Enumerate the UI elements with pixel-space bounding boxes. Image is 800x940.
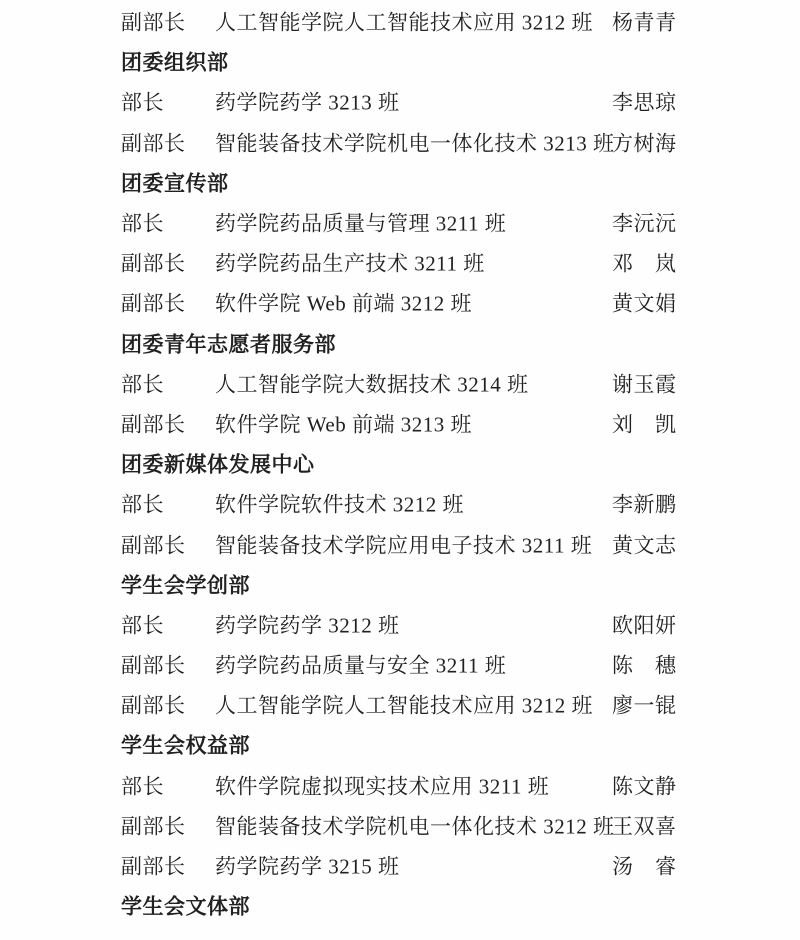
section-title: 团委青年志愿者服务部	[121, 334, 336, 355]
section-header: 学生会权益部	[0, 726, 800, 766]
section-header: 团委青年志愿者服务部	[0, 325, 800, 365]
org-class-cell: 软件学院 Web 前端 3212 班	[215, 294, 472, 315]
roster-row: 副部长 智能装备技术学院机电一体化技术 3213 班 方树海	[0, 124, 800, 164]
roster-row: 部长 人工智能学院大数据技术 3214 班 谢玉霞	[0, 365, 800, 405]
person-name-cell: 方树海	[612, 133, 677, 154]
role-cell: 副部长	[121, 696, 186, 717]
role-cell: 部长	[121, 374, 164, 395]
person-name-cell: 陈文静	[612, 776, 677, 797]
person-name-cell: 李新鹏	[612, 495, 677, 516]
roster-row: 副部长 人工智能学院人工智能技术应用 3212 班 杨青青	[0, 3, 800, 43]
org-class-cell: 智能装备技术学院机电一体化技术 3212 班	[215, 816, 615, 837]
role-cell: 副部长	[121, 254, 186, 275]
role-cell: 部长	[121, 214, 164, 235]
role-cell: 部长	[121, 615, 164, 636]
org-class-cell: 药学院药学 3213 班	[215, 93, 400, 114]
role-cell: 副部长	[121, 13, 186, 34]
org-class-cell: 软件学院 Web 前端 3213 班	[215, 414, 472, 435]
person-name-cell: 李沅沅	[612, 214, 677, 235]
document-page: 副部长 人工智能学院人工智能技术应用 3212 班 杨青青 团委组织部 部长 药…	[0, 0, 800, 940]
roster-row: 部长 软件学院软件技术 3212 班 李新鹏	[0, 485, 800, 525]
org-class-cell: 药学院药学 3212 班	[215, 615, 400, 636]
person-name-cell: 黄文志	[612, 535, 677, 556]
person-name-cell: 陈 穗	[612, 656, 677, 677]
roster-row: 部长 软件学院虚拟现实技术应用 3211 班 陈文静	[0, 767, 800, 807]
person-name-cell: 刘 凯	[612, 414, 677, 435]
org-class-cell: 人工智能学院大数据技术 3214 班	[215, 374, 529, 395]
person-name-cell: 黄文娟	[612, 294, 677, 315]
section-header: 团委组织部	[0, 43, 800, 83]
roster-row: 副部长 软件学院 Web 前端 3213 班 刘 凯	[0, 405, 800, 445]
roster-row: 副部长 软件学院 Web 前端 3212 班 黄文娟	[0, 284, 800, 324]
role-cell: 副部长	[121, 133, 186, 154]
roster-row: 副部长 智能装备技术学院机电一体化技术 3212 班 王双喜	[0, 807, 800, 847]
roster-row: 副部长 智能装备技术学院应用电子技术 3211 班 黄文志	[0, 525, 800, 565]
org-class-cell: 软件学院软件技术 3212 班	[215, 495, 464, 516]
section-header: 学生会学创部	[0, 566, 800, 606]
role-cell: 副部长	[121, 414, 186, 435]
role-cell: 部长	[121, 93, 164, 114]
org-class-cell: 药学院药品质量与安全 3211 班	[215, 656, 506, 677]
org-class-cell: 智能装备技术学院机电一体化技术 3213 班	[215, 133, 615, 154]
org-class-cell: 药学院药品生产技术 3211 班	[215, 254, 485, 275]
org-class-cell: 人工智能学院人工智能技术应用 3212 班	[215, 696, 593, 717]
person-name-cell: 廖一锟	[612, 696, 677, 717]
roster-row: 副部长 人工智能学院人工智能技术应用 3212 班 廖一锟	[0, 686, 800, 726]
org-class-cell: 人工智能学院人工智能技术应用 3212 班	[215, 13, 593, 34]
role-cell: 副部长	[121, 816, 186, 837]
section-title: 学生会权益部	[121, 736, 250, 757]
person-name-cell: 欧阳妍	[612, 615, 677, 636]
role-cell: 部长	[121, 776, 164, 797]
roster-row: 副部长 药学院药学 3215 班 汤 睿	[0, 847, 800, 887]
section-header: 团委新媒体发展中心	[0, 445, 800, 485]
section-header: 团委宣传部	[0, 164, 800, 204]
role-cell: 副部长	[121, 656, 186, 677]
role-cell: 部长	[121, 495, 164, 516]
section-title: 学生会文体部	[121, 897, 250, 918]
role-cell: 副部长	[121, 294, 186, 315]
roster-row: 部长 药学院药学 3213 班 李思琼	[0, 83, 800, 123]
section-header: 学生会文体部	[0, 887, 800, 927]
section-title: 团委组织部	[121, 53, 229, 74]
org-class-cell: 药学院药学 3215 班	[215, 857, 400, 878]
roster-row: 副部长 药学院药品质量与安全 3211 班 陈 穗	[0, 646, 800, 686]
section-title: 团委新媒体发展中心	[121, 455, 315, 476]
org-class-cell: 软件学院虚拟现实技术应用 3211 班	[215, 776, 549, 797]
section-title: 团委宣传部	[121, 173, 229, 194]
person-name-cell: 王双喜	[612, 816, 677, 837]
person-name-cell: 谢玉霞	[612, 374, 677, 395]
section-title: 学生会学创部	[121, 575, 250, 596]
person-name-cell: 邓 岚	[612, 254, 677, 275]
roster-row: 副部长 药学院药品生产技术 3211 班 邓 岚	[0, 244, 800, 284]
person-name-cell: 李思琼	[612, 93, 677, 114]
org-class-cell: 智能装备技术学院应用电子技术 3211 班	[215, 535, 592, 556]
org-class-cell: 药学院药品质量与管理 3211 班	[215, 214, 506, 235]
person-name-cell: 汤 睿	[612, 857, 677, 878]
roster-list: 副部长 人工智能学院人工智能技术应用 3212 班 杨青青 团委组织部 部长 药…	[0, 3, 800, 927]
roster-row: 部长 药学院药品质量与管理 3211 班 李沅沅	[0, 204, 800, 244]
roster-row: 部长 药学院药学 3212 班 欧阳妍	[0, 606, 800, 646]
role-cell: 副部长	[121, 857, 186, 878]
role-cell: 副部长	[121, 535, 186, 556]
person-name-cell: 杨青青	[612, 13, 677, 34]
